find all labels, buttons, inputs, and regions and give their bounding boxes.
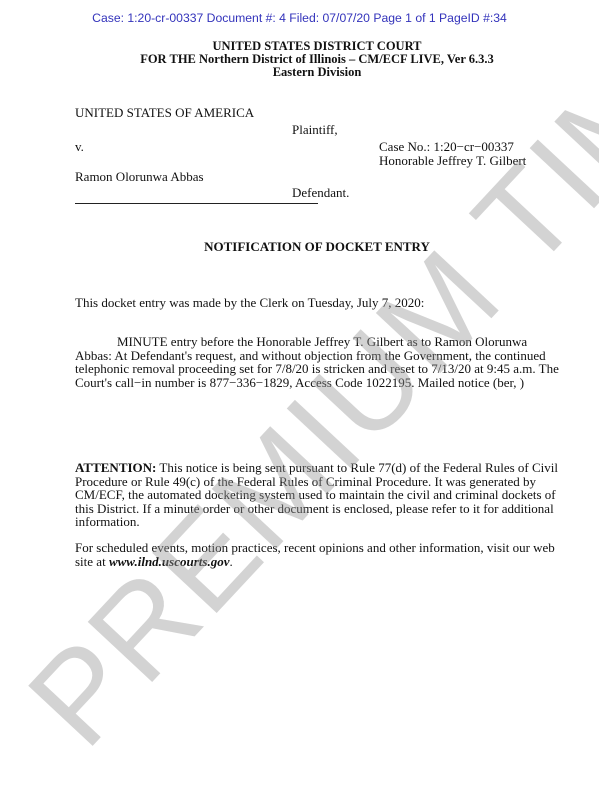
entry-made-line: This docket entry was made by the Clerk … <box>75 295 424 311</box>
court-division: Eastern Division <box>0 66 599 79</box>
filing-stamp: Case: 1:20-cr-00337 Document #: 4 Filed:… <box>0 11 599 25</box>
website-end: . <box>229 554 232 569</box>
watermark: PREMIUM TIMES <box>7 110 599 768</box>
caption-divider <box>75 203 318 204</box>
plaintiff-label: Plaintiff, <box>292 122 338 138</box>
document-title: NOTIFICATION OF DOCKET ENTRY <box>0 239 599 255</box>
defendant-label: Defendant. <box>292 185 349 201</box>
judge-name: Honorable Jeffrey T. Gilbert <box>379 153 526 169</box>
attention-notice: ATTENTION: This notice is being sent pur… <box>75 461 560 529</box>
website-notice: For scheduled events, motion practices, … <box>75 541 560 568</box>
plaintiff-name: UNITED STATES OF AMERICA <box>75 105 254 121</box>
website-link[interactable]: www.ilnd.uscourts.gov <box>109 554 230 569</box>
defendant-name: Ramon Olorunwa Abbas <box>75 169 204 185</box>
court-heading: UNITED STATES DISTRICT COURT FOR THE Nor… <box>0 40 599 79</box>
versus: v. <box>75 139 84 155</box>
minute-entry: MINUTE entry before the Honorable Jeffre… <box>75 335 560 389</box>
